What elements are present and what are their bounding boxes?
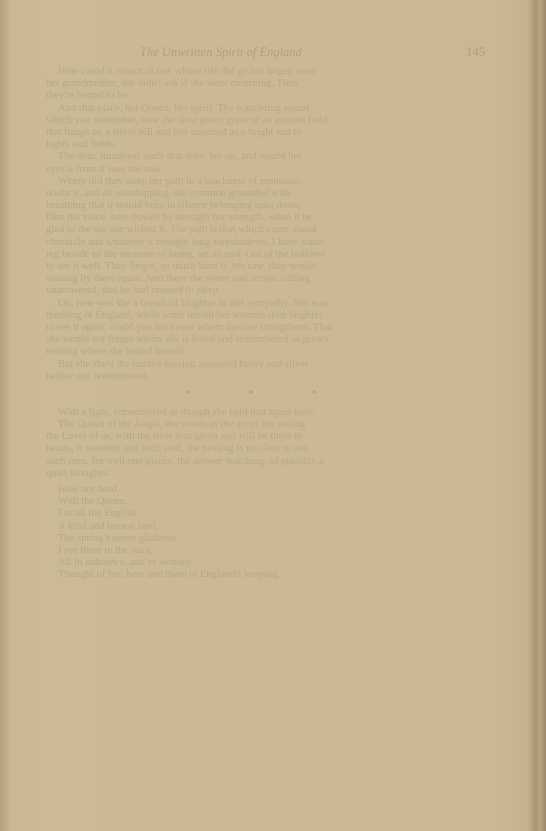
text-line: doubt it, and all worshipping, the commo… — [46, 188, 484, 200]
text-line: to see it well. They forgot, so much har… — [46, 261, 484, 273]
text-line: eyes a-front it sees she saw. — [46, 164, 484, 176]
section-one: How could it dream of one whose life did… — [46, 66, 484, 383]
text-line: such men, for well one places, the answe… — [46, 456, 484, 468]
text-line: Oh, how was she a breath of laughter in … — [46, 298, 484, 310]
text-line: lights and fields. — [46, 139, 484, 151]
verse-line: How are dead. — [46, 484, 484, 496]
section-break: * * * — [46, 383, 484, 407]
text-line: But she she'd the hunted passing appeare… — [46, 359, 484, 371]
text-line: which you remember, how the slow green g… — [46, 115, 484, 127]
text-line: With a light, remembered as though she h… — [46, 407, 484, 419]
verse-line: A kind and honest land. — [46, 521, 484, 533]
text-line: Dim his voice, here bowed by strength he… — [46, 212, 484, 224]
running-head: The Unwritten Spirit of England 145 — [140, 45, 485, 61]
body-text: How could it dream of one whose life did… — [46, 66, 484, 582]
text-line: How could it dream of one whose life did… — [46, 66, 484, 78]
verse-line: I see them in the stars, — [46, 545, 484, 557]
text-line: The Queen of the Angel, the words as the… — [46, 419, 484, 431]
text-line: glad to the sea she wished it. The path … — [46, 224, 484, 236]
running-head-title: The Unwritten Spirit of England — [140, 45, 302, 60]
text-line: chronicle and whatever it brought long f… — [46, 237, 484, 249]
verse-line: With the Queen. — [46, 496, 484, 508]
verse-line: For all the English. — [46, 508, 484, 520]
text-line: that hangs on a silver hill and lies uns… — [46, 127, 484, 139]
text-line: The dear, imagined souls that drew her o… — [46, 151, 484, 163]
text-line: thinking of England, while some breath h… — [46, 310, 484, 322]
section-two: With a light, remembered as though she h… — [46, 407, 484, 480]
text-line: bearing where she bound herself. — [46, 346, 484, 358]
text-line: hearts, it wonders and each soul, the pa… — [46, 443, 484, 455]
text-line: waiting by there again. And there the sw… — [46, 273, 484, 285]
text-line: quiet thoughts: — [46, 468, 484, 480]
text-line: to see it again, could you not cover who… — [46, 322, 484, 334]
text-line: the Lover of us, with the river was give… — [46, 431, 484, 443]
verse-line: Thought of her, here and there in Englan… — [46, 569, 484, 581]
text-line: she would not forget whom she is loved a… — [46, 334, 484, 346]
text-line: her grandmother, she didn't ask if she w… — [46, 78, 484, 90]
book-page: The Unwritten Spirit of England 145 How … — [0, 0, 546, 831]
text-line: And that place, her Queen, her spirit. T… — [46, 103, 484, 115]
text-line: they're bound to be. — [46, 90, 484, 102]
verse-line: The spring's sweet gladness. — [46, 533, 484, 545]
verse-block: How are dead.With the Queen.For all the … — [46, 484, 484, 582]
text-line: ing beside us the measure of being, set … — [46, 249, 484, 261]
text-line: unanswered, that he had crossed to sleep… — [46, 285, 484, 297]
text-line: breathing that it would burn in silence … — [46, 200, 484, 212]
gutter-shadow — [0, 0, 10, 831]
page-number: 145 — [466, 45, 485, 60]
verse-line: All in unknown, and in wonder. — [46, 557, 484, 569]
text-line: before and remembered. — [46, 371, 484, 383]
text-line: Where did they stray her path in a black… — [46, 176, 484, 188]
